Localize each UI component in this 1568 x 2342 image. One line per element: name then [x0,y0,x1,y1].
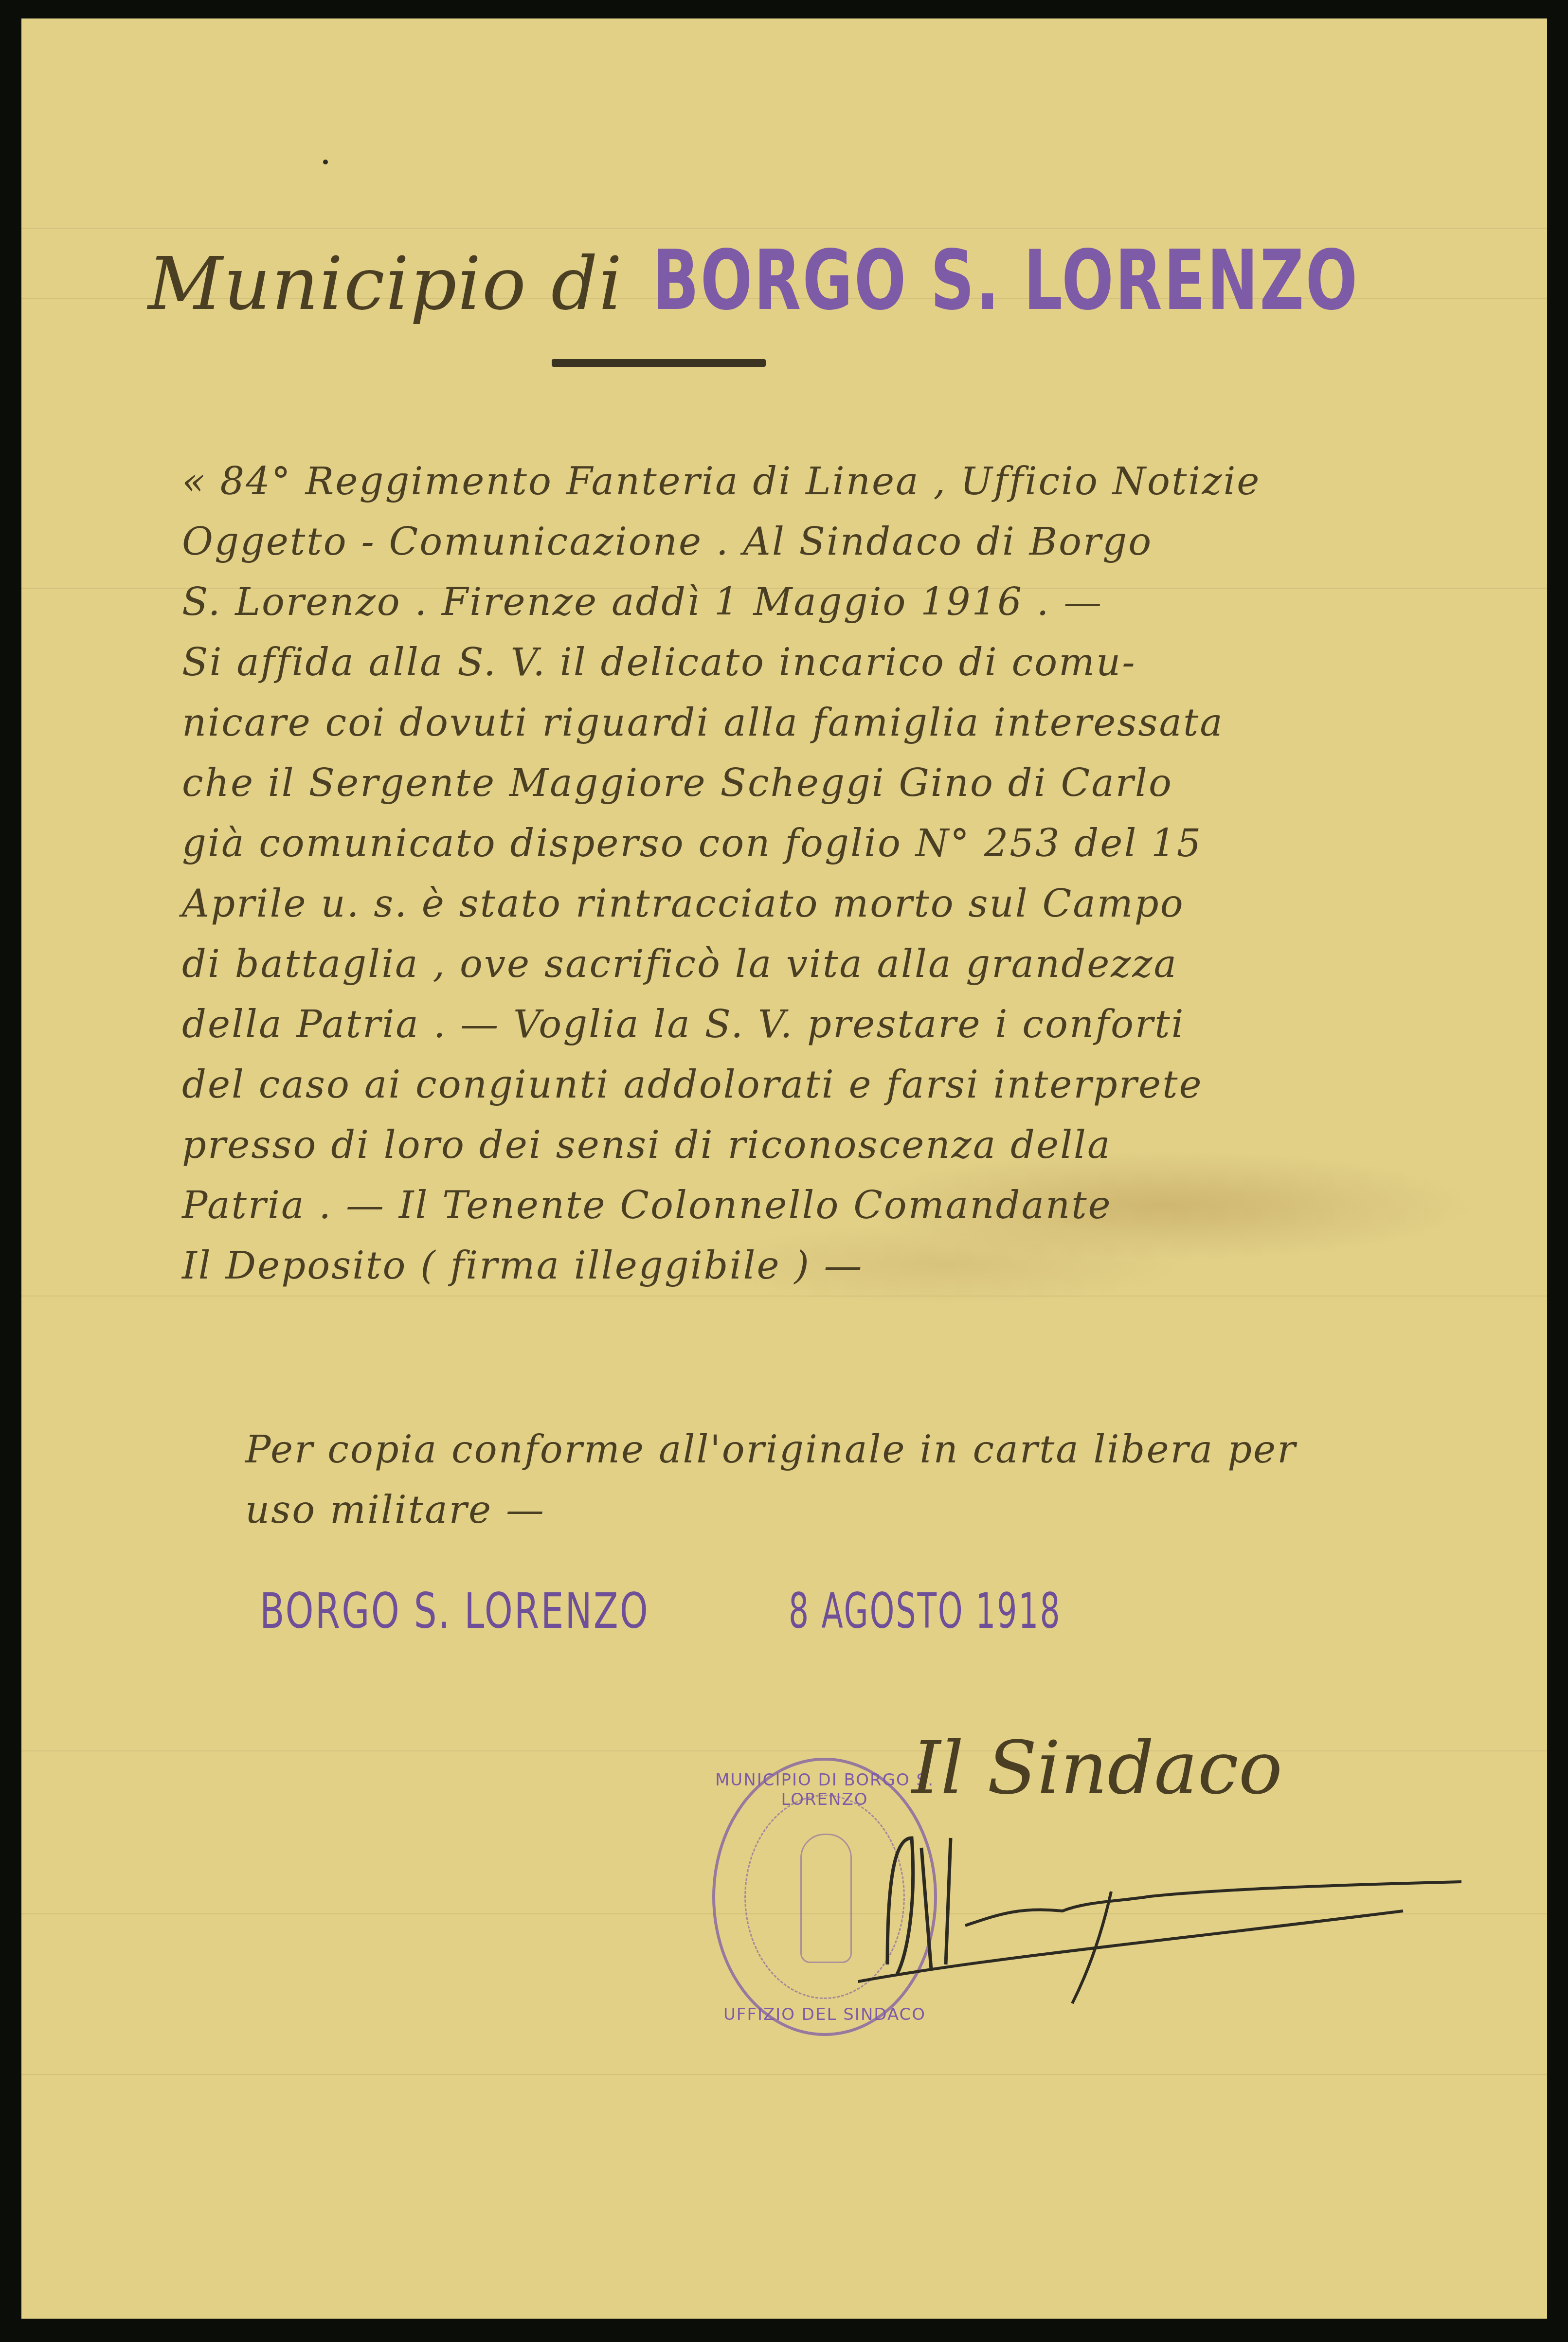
body-line: S. Lorenzo . Firenze addì 1 Maggio 1916 … [182,572,1447,632]
date-stamp-place: BORGO S. LORENZO [260,1583,649,1639]
body-line: della Patria . — Voglia la S. V. prestar… [182,994,1447,1055]
ruled-line [21,228,1547,229]
body-line: « 84° Reggimento Fanteria di Linea , Uff… [182,451,1447,512]
document-page: Municipio di BORGO S. LORENZO « 84° Regg… [21,18,1547,2319]
heading-underline [552,359,766,367]
body-line: Oggetto - Comunicazione . Al Sindaco di … [182,512,1447,572]
date-stamp: BORGO S. LORENZO 8 AGOSTO 1918 [260,1583,1167,1639]
certification-note: Per copia conforme all'originale in cart… [245,1420,1461,1540]
date-stamp-date: 8 AGOSTO 1918 [789,1583,1061,1639]
letterhead: Municipio di BORGO S. LORENZO [148,233,1514,329]
body-line: nicare coi dovuti riguardi alla famiglia… [182,693,1447,753]
body-line: Aprile u. s. è stato rintracciato morto … [182,874,1447,934]
signature-scrawl-icon [858,1809,1466,2013]
body-line: di battaglia , ove sacrificò la vita all… [182,934,1447,994]
seal-text-top: MUNICIPIO DI BORGO S. LORENZO [715,1770,934,1809]
certification-line: Per copia conforme all'originale in cart… [245,1420,1461,1480]
letterhead-script: Municipio di [148,242,623,326]
ruled-line [21,2074,1547,2075]
body-line: che il Sergente Maggiore Scheggi Gino di… [182,753,1447,813]
ruled-line [21,1750,1547,1751]
body-line: Patria . — Il Tenente Colonnello Comanda… [182,1175,1447,1236]
body-line: Si affida alla S. V. il delicato incaric… [182,632,1447,693]
certification-line: uso militare — [245,1480,1461,1540]
body-line: Il Deposito ( firma illeggibile ) — [182,1236,1447,1296]
saint-figure-icon [800,1834,852,1963]
signature-title: Il Sindaco [912,1726,1282,1811]
ink-speck [323,160,328,164]
letter-body: « 84° Reggimento Fanteria di Linea , Uff… [182,451,1447,1296]
body-line: presso di loro dei sensi di riconoscenza… [182,1115,1447,1175]
body-line: del caso ai congiunti addolorati e farsi… [182,1055,1447,1115]
body-line: già comunicato disperso con foglio N° 25… [182,813,1447,874]
municipality-stamp: BORGO S. LORENZO [652,233,1359,329]
